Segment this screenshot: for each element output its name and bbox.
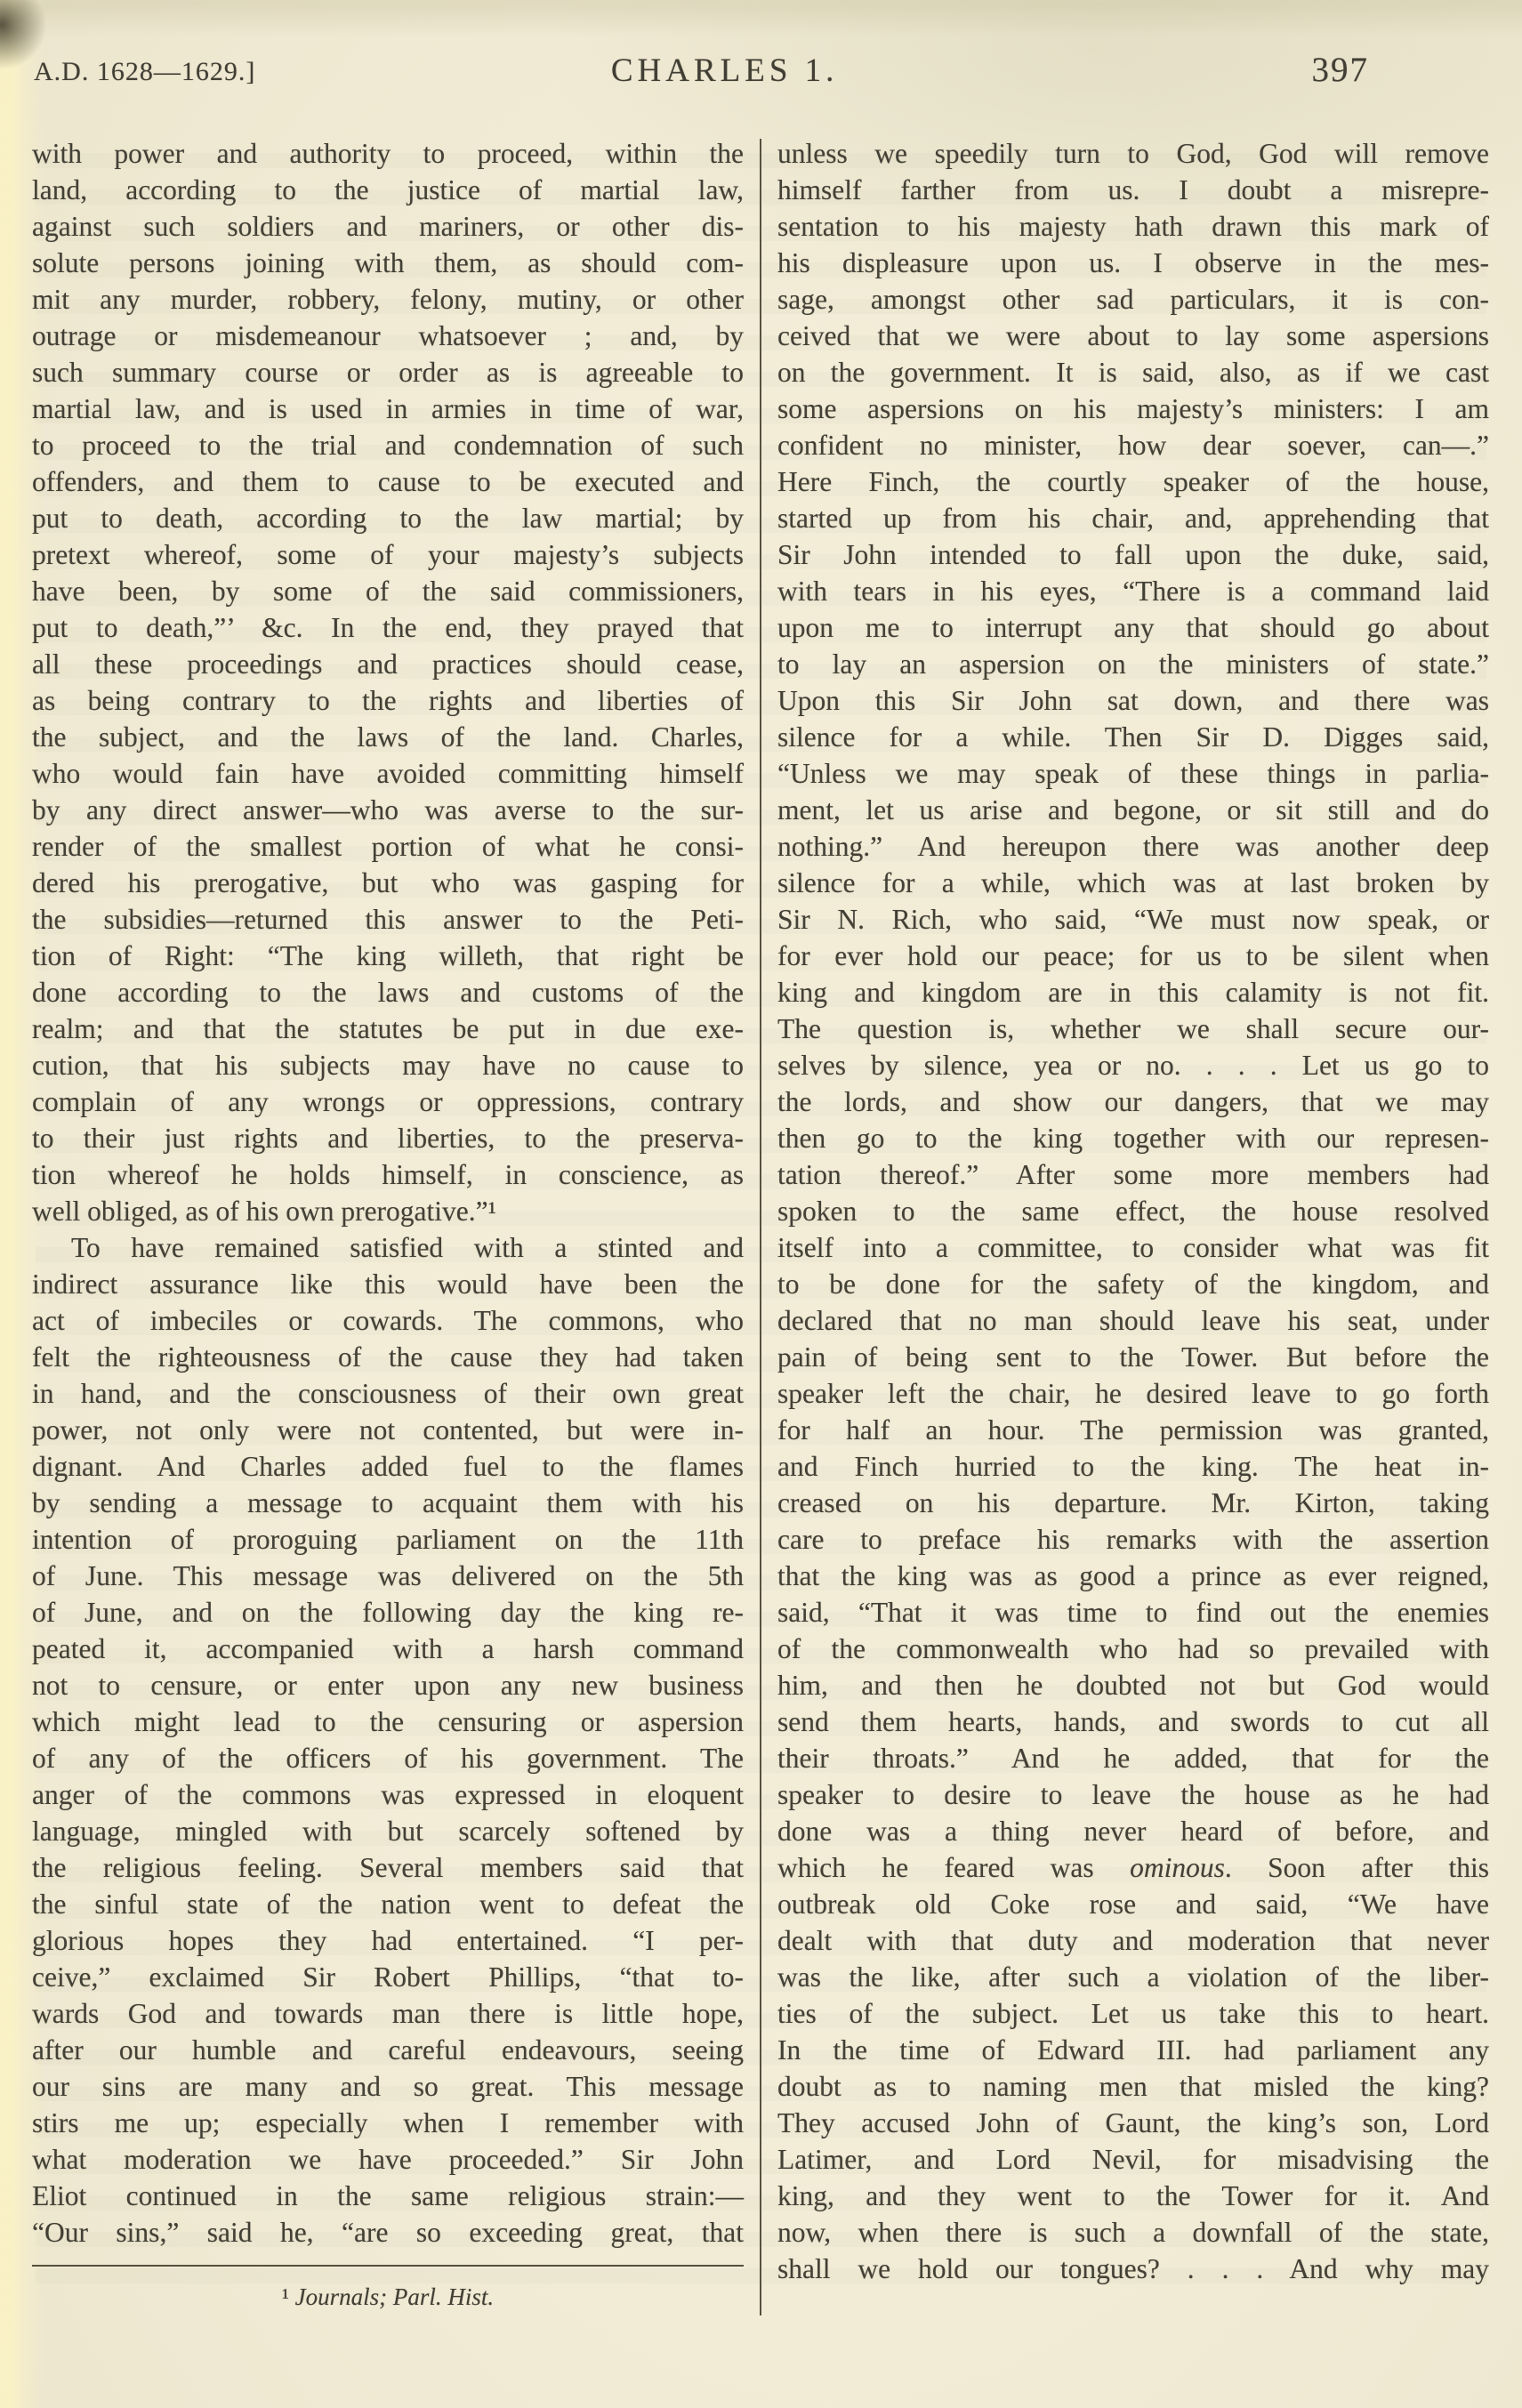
text-line: what moderation we have proceeded.” Sir … xyxy=(32,2141,744,2178)
text-line: language, mingled with but scarcely soft… xyxy=(32,1813,744,1849)
text-line: itself into a committee, to consider wha… xyxy=(777,1229,1489,1266)
text-line: Here Finch, the courtly speaker of the h… xyxy=(777,463,1489,500)
text-line: stirs me up; especially when I remember … xyxy=(32,2105,744,2141)
text-line: the lords, and show our dangers, that we… xyxy=(777,1083,1489,1120)
text-line: offenders, and them to cause to be execu… xyxy=(32,463,744,500)
text-line: put to death,”’ &c. In the end, they pra… xyxy=(32,609,744,646)
text-line: shall we hold our tongues? . . . And why… xyxy=(777,2251,1489,2287)
text-line: put to death, according to the law marti… xyxy=(32,500,744,536)
text-line: indirect assurance like this would have … xyxy=(32,1266,744,1302)
text-line: as being contrary to the rights and libe… xyxy=(32,682,744,719)
text-line: against such soldiers and mariners, or o… xyxy=(32,208,744,245)
text-line: the sinful state of the nation went to d… xyxy=(32,1886,744,1922)
text-line: silence for a while. Then Sir D. Digges … xyxy=(777,719,1489,755)
text-line: dered his prerogative, but who was gaspi… xyxy=(32,865,744,901)
text-line: which he feared was ominous. Soon after … xyxy=(777,1849,1489,1886)
text-line: to their just rights and liberties, to t… xyxy=(32,1120,744,1156)
text-line: anger of the commons was expressed in el… xyxy=(32,1776,744,1813)
text-line: king, and they went to the Tower for it.… xyxy=(777,2178,1489,2214)
column-left-lines: with power and authority to proceed, wit… xyxy=(32,135,744,2251)
text-line: speaker to desire to leave the house as … xyxy=(777,1776,1489,1813)
text-line: on the government. It is said, also, as … xyxy=(777,354,1489,391)
text-line: by sending a message to acquaint them wi… xyxy=(32,1485,744,1521)
text-line: ment, let us arise and begone, or sit st… xyxy=(777,792,1489,828)
text-line: ceived that we were about to lay some as… xyxy=(777,318,1489,354)
text-line: to lay an aspersion on the ministers of … xyxy=(777,646,1489,682)
text-line: himself farther from us. I doubt a misre… xyxy=(777,172,1489,208)
text-line: They accused John of Gaunt, the king’s s… xyxy=(777,2105,1489,2141)
text-line: mit any murder, robbery, felony, mutiny,… xyxy=(32,281,744,318)
text-line: dealt with that duty and moderation that… xyxy=(777,1922,1489,1959)
column-right: unless we speedily turn to God, God will… xyxy=(777,135,1489,2315)
text-line: declared that no man should leave his se… xyxy=(777,1302,1489,1339)
page-header: A.D. 1628—1629.] CHARLES 1. 397 xyxy=(34,50,1488,94)
text-line: with power and authority to proceed, wit… xyxy=(32,135,744,172)
text-line: was the like, after such a violation of … xyxy=(777,1959,1489,1995)
text-line: spoken to the same effect, the house res… xyxy=(777,1193,1489,1229)
text-line: glorious hopes they had entertained. “I … xyxy=(32,1922,744,1959)
text-line: of any of the officers of his government… xyxy=(32,1740,744,1776)
text-line: some aspersions on his majesty’s ministe… xyxy=(777,391,1489,427)
header-page-number: 397 xyxy=(1312,50,1370,90)
text-line: sentation to his majesty hath drawn this… xyxy=(777,208,1489,245)
text-line: their throats.” And he added, that for t… xyxy=(777,1740,1489,1776)
text-line: to proceed to the trial and condemnation… xyxy=(32,427,744,463)
text-line: outrage or misdemeanour whatsoever ; and… xyxy=(32,318,744,354)
text-line: land, according to the justice of martia… xyxy=(32,172,744,208)
text-line: for ever hold our peace; for us to be si… xyxy=(777,938,1489,974)
text-line: his displeasure upon us. I observe in th… xyxy=(777,245,1489,281)
text-line: not to censure, or enter upon any new bu… xyxy=(32,1667,744,1703)
text-line: “Unless we may speak of these things in … xyxy=(777,755,1489,792)
column-left: with power and authority to proceed, wit… xyxy=(32,135,744,2315)
text-line: dignant. And Charles added fuel to the f… xyxy=(32,1448,744,1485)
text-line: the subject, and the laws of the land. C… xyxy=(32,719,744,755)
text-line: who would fain have avoided committing h… xyxy=(32,755,744,792)
text-line: pain of being sent to the Tower. But bef… xyxy=(777,1339,1489,1375)
text-line: felt the righteousness of the cause they… xyxy=(32,1339,744,1375)
text-line: of the commonwealth who had so prevailed… xyxy=(777,1631,1489,1667)
text-line: tion whereof he holds himself, in consci… xyxy=(32,1156,744,1193)
text-line: upon me to interrupt any that should go … xyxy=(777,609,1489,646)
text-line: which might lead to the censuring or asp… xyxy=(32,1703,744,1740)
text-line: such summary course or order as is agree… xyxy=(32,354,744,391)
text-line: the subsidies—returned this answer to th… xyxy=(32,901,744,938)
text-block: with power and authority to proceed, wit… xyxy=(32,135,1491,2315)
text-line: martial law, and is used in armies in ti… xyxy=(32,391,744,427)
text-line: to be done for the safety of the kingdom… xyxy=(777,1266,1489,1302)
footnote-rule xyxy=(32,2265,744,2267)
text-line: act of imbeciles or cowards. The commons… xyxy=(32,1302,744,1339)
text-line: Eliot continued in the same religious st… xyxy=(32,2178,744,2214)
text-line: creased on his departure. Mr. Kirton, ta… xyxy=(777,1485,1489,1521)
text-line: now, when there is such a downfall of th… xyxy=(777,2214,1489,2251)
text-line: after our humble and careful endeavours,… xyxy=(32,2032,744,2068)
text-line: of June. This message was delivered on t… xyxy=(32,1558,744,1594)
text-line: power, not only were not contented, but … xyxy=(32,1412,744,1448)
text-line: by any direct answer—who was averse to t… xyxy=(32,792,744,828)
header-date: A.D. 1628—1629.] xyxy=(34,57,255,87)
text-line: of June, and on the following day the ki… xyxy=(32,1594,744,1631)
text-line: “Our sins,” said he, “are so exceeding g… xyxy=(32,2214,744,2251)
text-line: wards God and towards man there is littl… xyxy=(32,1995,744,2032)
text-line: In the time of Edward III. had parliamen… xyxy=(777,2032,1489,2068)
text-line: care to preface his remarks with the ass… xyxy=(777,1521,1489,1558)
footnote: ¹ Journals; Parl. Hist. xyxy=(32,2279,744,2315)
text-line: that the king was as good a prince as ev… xyxy=(777,1558,1489,1594)
text-line: intention of proroguing parliament on th… xyxy=(32,1521,744,1558)
text-line: well obliged, as of his own prerogative.… xyxy=(32,1193,744,1229)
text-line: To have remained satisfied with a stinte… xyxy=(32,1229,744,1266)
text-line: peated it, accompanied with a harsh comm… xyxy=(32,1631,744,1667)
text-line: sage, amongst other sad particulars, it … xyxy=(777,281,1489,318)
text-line: Sir John intended to fall upon the duke,… xyxy=(777,536,1489,573)
text-line: silence for a while, which was at last b… xyxy=(777,865,1489,901)
text-line: with tears in his eyes, “There is a comm… xyxy=(777,573,1489,609)
text-line: outbreak old Coke rose and said, “We hav… xyxy=(777,1886,1489,1922)
text-line: then go to the king together with our re… xyxy=(777,1120,1489,1156)
text-line: tation thereof.” After some more members… xyxy=(777,1156,1489,1193)
text-line: done according to the laws and customs o… xyxy=(32,974,744,1011)
text-line: him, and then he doubted not but God wou… xyxy=(777,1667,1489,1703)
text-line: realm; and that the statutes be put in d… xyxy=(32,1011,744,1047)
text-line: ties of the subject. Let us take this to… xyxy=(777,1995,1489,2032)
text-line: our sins are many and so great. This mes… xyxy=(32,2068,744,2105)
text-line: have been, by some of the said commissio… xyxy=(32,573,744,609)
header-title: CHARLES 1. xyxy=(611,52,839,90)
text-line: for half an hour. The permission was gra… xyxy=(777,1412,1489,1448)
text-line: in hand, and the consciousness of their … xyxy=(32,1375,744,1412)
text-line: pretext whereof, some of your majesty’s … xyxy=(32,536,744,573)
text-line: and Finch hurried to the king. The heat … xyxy=(777,1448,1489,1485)
text-line: Sir N. Rich, who said, “We must now spea… xyxy=(777,901,1489,938)
text-line: done was a thing never heard of before, … xyxy=(777,1813,1489,1849)
column-right-lines: unless we speedily turn to God, God will… xyxy=(777,135,1489,2287)
text-line: solute persons joining with them, as sho… xyxy=(32,245,744,281)
text-line: the religious feeling. Several members s… xyxy=(32,1849,744,1886)
text-line: ceive,” exclaimed Sir Robert Phillips, “… xyxy=(32,1959,744,1995)
text-line: render of the smallest portion of what h… xyxy=(32,828,744,865)
book-page: A.D. 1628—1629.] CHARLES 1. 397 with pow… xyxy=(0,0,1522,2408)
column-divider xyxy=(760,139,761,2315)
text-line: confident no minister, how dear soever, … xyxy=(777,427,1489,463)
text-line: complain of any wrongs or oppressions, c… xyxy=(32,1083,744,1120)
text-line: all these proceedings and practices shou… xyxy=(32,646,744,682)
text-line: said, “That it was time to find out the … xyxy=(777,1594,1489,1631)
text-line: selves by silence, yea or no. . . . Let … xyxy=(777,1047,1489,1083)
text-line: started up from his chair, and, apprehen… xyxy=(777,500,1489,536)
text-line: Upon this Sir John sat down, and there w… xyxy=(777,682,1489,719)
text-line: unless we speedily turn to God, God will… xyxy=(777,135,1489,172)
text-line: speaker left the chair, he desired leave… xyxy=(777,1375,1489,1412)
text-line: tion of Right: “The king willeth, that r… xyxy=(32,938,744,974)
text-line: doubt as to naming men that misled the k… xyxy=(777,2068,1489,2105)
text-line: nothing.” And hereupon there was another… xyxy=(777,828,1489,865)
text-line: send them hearts, hands, and swords to c… xyxy=(777,1703,1489,1740)
text-line: The question is, whether we shall secure… xyxy=(777,1011,1489,1047)
text-line: Latimer, and Lord Nevil, for misadvising… xyxy=(777,2141,1489,2178)
text-line: king and kingdom are in this calamity is… xyxy=(777,974,1489,1011)
text-line: cution, that his subjects may have no ca… xyxy=(32,1047,744,1083)
